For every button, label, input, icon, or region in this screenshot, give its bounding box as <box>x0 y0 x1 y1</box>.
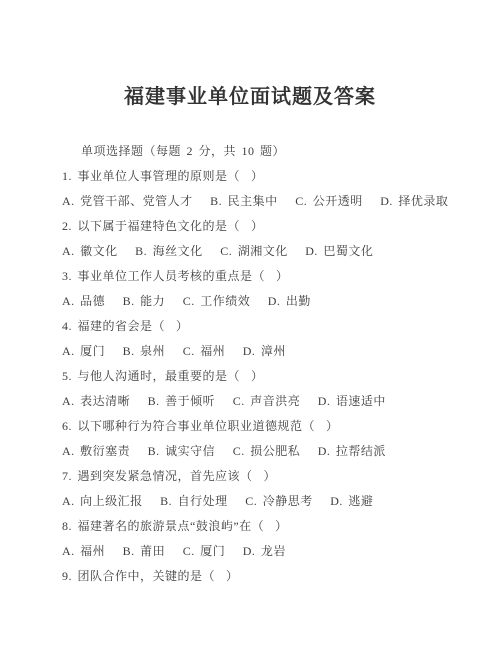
option-c: C. 湖湘文化 <box>220 244 288 258</box>
option-b: B. 自行处理 <box>160 494 228 508</box>
section-header: 单项选择题（每题 2 分，共 10 题） <box>62 139 464 164</box>
option-c: C. 工作绩效 <box>183 294 251 308</box>
option-a: A. 向上级汇报 <box>62 494 143 508</box>
option-c: C. 厦门 <box>183 544 226 558</box>
option-a: A. 厦门 <box>62 344 105 358</box>
question-8-options: A. 福州 B. 莆田 C. 厦门 D. 龙岩 <box>62 539 464 564</box>
option-b: B. 善于倾听 <box>148 394 216 408</box>
question-2-text: 2. 以下属于福建特色文化的是（ ） <box>62 214 464 239</box>
question-1-text: 1. 事业单位人事管理的原则是（ ） <box>62 164 464 189</box>
question-1-options: A. 党管干部、党管人才 B. 民主集中 C. 公开透明 D. 择优录取 <box>62 189 464 214</box>
option-b: B. 能力 <box>123 294 166 308</box>
option-b: B. 海丝文化 <box>135 244 203 258</box>
option-a: A. 表达清晰 <box>62 394 130 408</box>
question-7-text: 7. 遇到突发紧急情况，首先应该（ ） <box>62 464 464 489</box>
question-3-options: A. 品德 B. 能力 C. 工作绩效 D. 出勤 <box>62 289 464 314</box>
option-c: C. 声音洪亮 <box>233 394 301 408</box>
question-2-options: A. 徽文化 B. 海丝文化 C. 湖湘文化 D. 巴蜀文化 <box>62 239 464 264</box>
question-8-text: 8. 福建著名的旅游景点“鼓浪屿”在（ ） <box>62 514 464 539</box>
option-d: D. 漳州 <box>243 344 286 358</box>
question-7-options: A. 向上级汇报 B. 自行处理 C. 冷静思考 D. 逃避 <box>62 489 464 514</box>
document-title: 福建事业单位面试题及答案 <box>0 0 500 109</box>
option-a: A. 品德 <box>62 294 105 308</box>
option-d: D. 择优录取 <box>380 194 448 208</box>
option-d: D. 出勤 <box>268 294 311 308</box>
question-6-options: A. 敷衍塞责 B. 诚实守信 C. 损公肥私 D. 拉帮结派 <box>62 439 464 464</box>
option-b: B. 莆田 <box>123 544 166 558</box>
question-4-text: 4. 福建的省会是（ ） <box>62 314 464 339</box>
option-a: A. 福州 <box>62 544 105 558</box>
option-c: C. 冷静思考 <box>245 494 313 508</box>
option-c: C. 福州 <box>183 344 226 358</box>
option-d: D. 逃避 <box>330 494 373 508</box>
option-c: C. 公开透明 <box>295 194 363 208</box>
question-4-options: A. 厦门 B. 泉州 C. 福州 D. 漳州 <box>62 339 464 364</box>
question-5-text: 5. 与他人沟通时，最重要的是（ ） <box>62 364 464 389</box>
option-d: D. 拉帮结派 <box>318 444 386 458</box>
question-list: 单项选择题（每题 2 分，共 10 题） 1. 事业单位人事管理的原则是（ ） … <box>0 109 500 589</box>
document-page: 福建事业单位面试题及答案 单项选择题（每题 2 分，共 10 题） 1. 事业单… <box>0 0 500 647</box>
question-9-text: 9. 团队合作中，关键的是（ ） <box>62 564 464 589</box>
option-c: C. 损公肥私 <box>233 444 301 458</box>
option-d: D. 语速适中 <box>318 394 386 408</box>
option-b: B. 泉州 <box>123 344 166 358</box>
option-a: A. 敷衍塞责 <box>62 444 130 458</box>
option-a: A. 徽文化 <box>62 244 118 258</box>
option-b: B. 民主集中 <box>210 194 278 208</box>
question-5-options: A. 表达清晰 B. 善于倾听 C. 声音洪亮 D. 语速适中 <box>62 389 464 414</box>
question-6-text: 6. 以下哪种行为符合事业单位职业道德规范（ ） <box>62 414 464 439</box>
option-d: D. 龙岩 <box>243 544 286 558</box>
question-3-text: 3. 事业单位工作人员考核的重点是（ ） <box>62 264 464 289</box>
option-a: A. 党管干部、党管人才 <box>62 194 193 208</box>
option-b: B. 诚实守信 <box>148 444 216 458</box>
option-d: D. 巴蜀文化 <box>305 244 373 258</box>
